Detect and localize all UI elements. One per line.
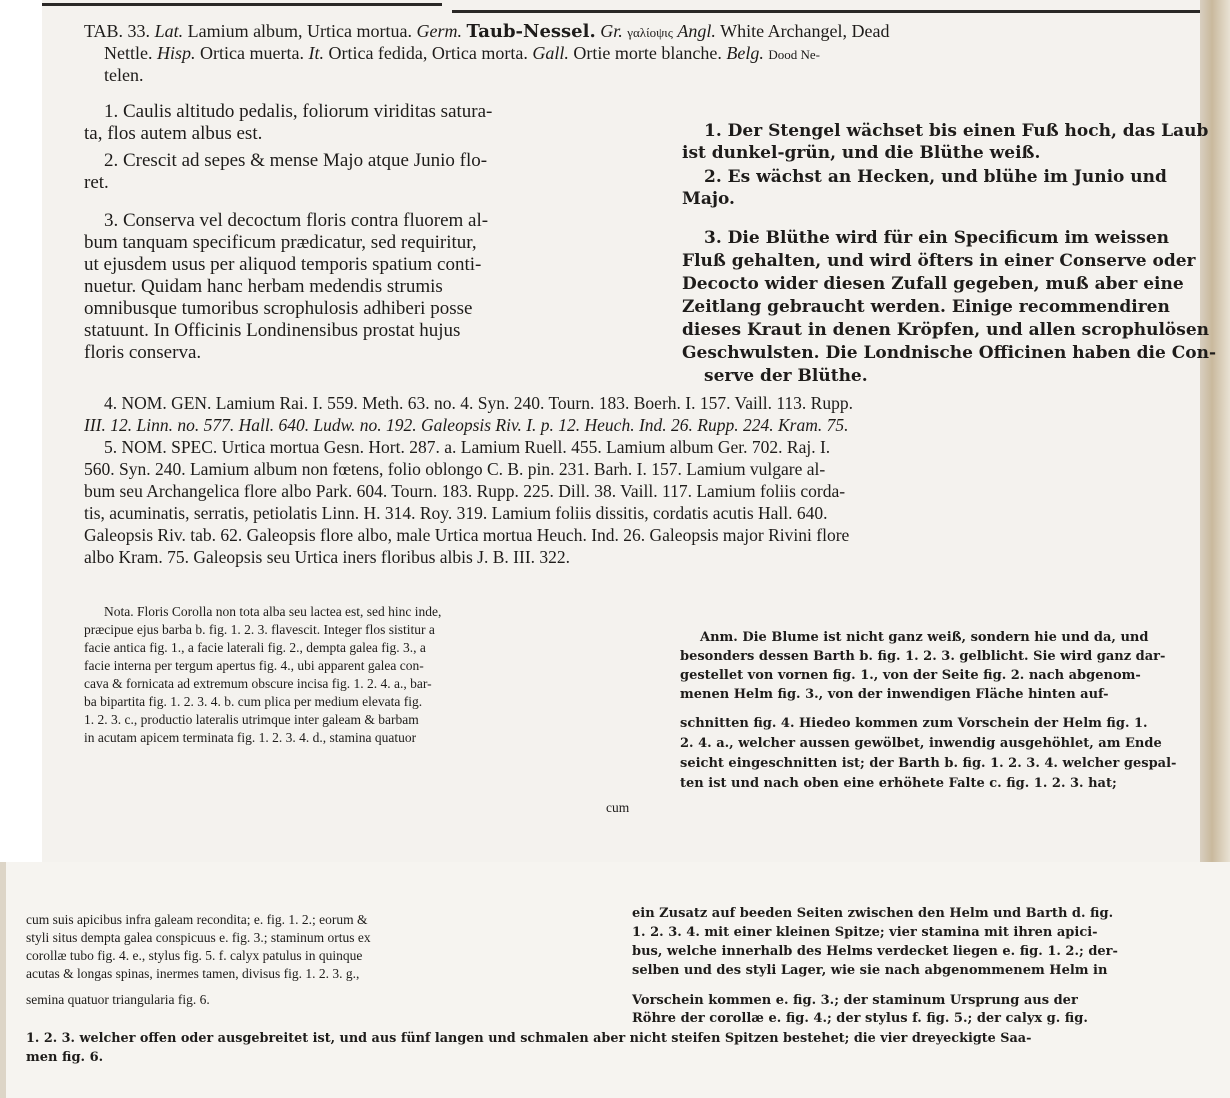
gr-name: γαλίοψις bbox=[627, 25, 673, 40]
anm-line: Anm. Die Blume ist nicht ganz weiß, sond… bbox=[700, 630, 1148, 647]
continuation-line: semina quatuor triangularia fig. 6. bbox=[26, 992, 210, 1009]
nota-line: 1. 2. 3. c., productio lateralis utrimqu… bbox=[84, 712, 419, 729]
latin-line: omnibusque tumoribus scrophulosis adhibe… bbox=[84, 298, 472, 320]
lat-label: Lat. bbox=[155, 21, 184, 41]
lat-names: Lamium album, Urtica mortua. bbox=[188, 21, 412, 41]
nomenclature-line: 560. Syn. 240. Lamium album non fœtens, … bbox=[84, 458, 825, 480]
german-line: dieses Kraut in denen Kröpfen, und allen… bbox=[682, 319, 1209, 341]
nota-line: in acutam apicem terminata fig. 1. 2. 3.… bbox=[84, 730, 416, 747]
nomenclature-line: 4. NOM. GEN. Lamium Rai. I. 559. Meth. 6… bbox=[104, 392, 853, 414]
latin-line: 3. Conserva vel decoctum floris contra f… bbox=[104, 210, 488, 232]
belg-label: Belg. bbox=[726, 43, 764, 63]
latin-line: floris conserva. bbox=[84, 342, 201, 364]
hisp-label: Hisp. bbox=[157, 43, 196, 63]
angl-name: White Archangel, Dead bbox=[720, 21, 889, 41]
nomenclature-line: bum seu Archangelica flore albo Park. 60… bbox=[84, 480, 845, 502]
top-rule-left bbox=[42, 3, 442, 6]
gr-label: Gr. bbox=[600, 21, 623, 41]
latin-line: nuetur. Quidam hanc herbam medendis stru… bbox=[84, 276, 443, 298]
header-line-3: telen. bbox=[104, 64, 143, 86]
continuation-line: bus, welche innerhalb des Helms verdecke… bbox=[632, 944, 1118, 961]
nota-line: cava & fornicata ad extremum obscure inc… bbox=[84, 676, 432, 693]
continuation-line: acutas & longas spinas, inermes tamen, d… bbox=[26, 966, 359, 983]
anm-line: gestellet von vornen fig. 1., von der Se… bbox=[680, 668, 1141, 685]
continuation-line: cum suis apicibus infra galeam recondita… bbox=[26, 912, 368, 929]
hisp-name: Ortica muerta. bbox=[200, 43, 304, 63]
nomenclature-line: III. 12. Linn. no. 577. Hall. 640. Ludw.… bbox=[84, 414, 848, 436]
anm-line: seicht eingeschnitten ist; der Barth b. … bbox=[680, 756, 1176, 773]
germ-label: Germ. bbox=[417, 21, 463, 41]
it-name: Ortica fedida, Ortica morta. bbox=[328, 43, 527, 63]
nota-line: præcipue ejus barba b. fig. 1. 2. 3. fla… bbox=[84, 622, 435, 639]
header-text: Nettle. bbox=[104, 43, 152, 63]
german-line: 1. Der Stengel wächset bis einen Fuß hoc… bbox=[704, 120, 1208, 142]
latin-line: ta, flos autem albus est. bbox=[84, 123, 262, 145]
german-line: Majo. bbox=[682, 188, 735, 210]
german-line: Fluß gehalten, und wird öfters in einer … bbox=[682, 250, 1196, 272]
anm-line: besonders dessen Barth b. fig. 1. 2. 3. … bbox=[680, 649, 1165, 666]
nota-line: facie interna per tergum apertus fig. 4.… bbox=[84, 658, 424, 675]
anm-line: ten ist und nach oben eine erhöhete Falt… bbox=[680, 776, 1117, 793]
gall-name: Ortie morte blanche. bbox=[573, 43, 721, 63]
latin-line: statuunt. In Officinis Londinensibus pro… bbox=[84, 320, 460, 342]
continuation-line: 1. 2. 3. welcher offen oder ausgebreitet… bbox=[26, 1031, 1031, 1048]
latin-line: bum tanquam specificum prædicatur, sed r… bbox=[84, 232, 477, 254]
belg-name: Dood Ne- bbox=[768, 47, 820, 62]
nomenclature-line: Galeopsis Riv. tab. 62. Galeopsis flore … bbox=[84, 524, 849, 546]
header-line-2: Nettle. Hisp. Ortica muerta. It. Ortica … bbox=[104, 42, 820, 66]
german-line: 2. Es wächst an Hecken, und blühe im Jun… bbox=[704, 166, 1167, 188]
gall-label: Gall. bbox=[532, 43, 569, 63]
nota-line: ba bipartita fig. 1. 2. 3. 4. b. cum pli… bbox=[84, 694, 422, 711]
nota-line: Nota. Floris Corolla non tota alba seu l… bbox=[104, 604, 441, 621]
continuation-line: 1. 2. 3. 4. mit einer kleinen Spitze; vi… bbox=[632, 925, 1098, 942]
catchword: cum bbox=[606, 800, 629, 817]
top-rule-right bbox=[452, 10, 1200, 13]
german-line: Geschwulsten. Die Londnische Officinen h… bbox=[682, 342, 1216, 364]
it-label: It. bbox=[308, 43, 324, 63]
german-line: Zeitlang gebraucht werden. Einige recomm… bbox=[682, 296, 1170, 318]
nomenclature-line: tis, acuminatis, serratis, petiolatis Li… bbox=[84, 502, 828, 524]
latin-line: 2. Crescit ad sepes & mense Majo atque J… bbox=[104, 150, 487, 172]
latin-line: ret. bbox=[84, 172, 109, 194]
continuation-line: ein Zusatz auf beeden Seiten zwischen de… bbox=[632, 906, 1113, 923]
continuation-line: selben und des styli Lager, wie sie nach… bbox=[632, 963, 1107, 980]
latin-line: ut ejusdem usus per aliquod temporis spa… bbox=[84, 254, 481, 276]
continuation-line: Röhre der corollæ e. fig. 4.; der stylus… bbox=[632, 1011, 1088, 1028]
continuation-line: Vorschein kommen e. fig. 3.; der staminu… bbox=[632, 993, 1078, 1010]
continuation-line: styli situs dempta galea conspicuus e. f… bbox=[26, 930, 371, 947]
angl-label: Angl. bbox=[677, 21, 716, 41]
continuation-line: men fig. 6. bbox=[26, 1050, 103, 1067]
german-line: ist dunkel-grün, und die Blüthe weiß. bbox=[682, 142, 1040, 164]
anm-line: menen Helm fig. 3., von der inwendigen F… bbox=[680, 687, 1109, 704]
german-line: serve der Blüthe. bbox=[704, 365, 868, 387]
nomenclature-line: 5. NOM. SPEC. Urtica mortua Gesn. Hort. … bbox=[104, 436, 830, 458]
plate-number: TAB. 33. bbox=[84, 21, 150, 41]
germ-name: Taub-Nessel. bbox=[467, 21, 596, 42]
page-edge-left bbox=[0, 862, 6, 1098]
header-line-1: TAB. 33. Lat. Lamium album, Urtica mortu… bbox=[84, 20, 890, 44]
nomenclature-line: albo Kram. 75. Galeopsis seu Urtica iner… bbox=[84, 546, 570, 568]
german-line: Decocto wider diesen Zufall gegeben, muß… bbox=[682, 273, 1184, 295]
anm-line: 2. 4. a., welcher aussen gewölbet, inwen… bbox=[680, 736, 1162, 753]
german-line: 3. Die Blüthe wird für ein Specificum im… bbox=[704, 227, 1169, 249]
nota-line: facie antica fig. 1., a facie laterali f… bbox=[84, 640, 426, 657]
continuation-line: corollæ tubo fig. 4. e., stylus fig. 5. … bbox=[26, 948, 362, 965]
latin-line: 1. Caulis altitudo pedalis, foliorum vir… bbox=[104, 101, 492, 123]
anm-line: schnitten fig. 4. Hiedeo kommen zum Vors… bbox=[680, 716, 1148, 733]
